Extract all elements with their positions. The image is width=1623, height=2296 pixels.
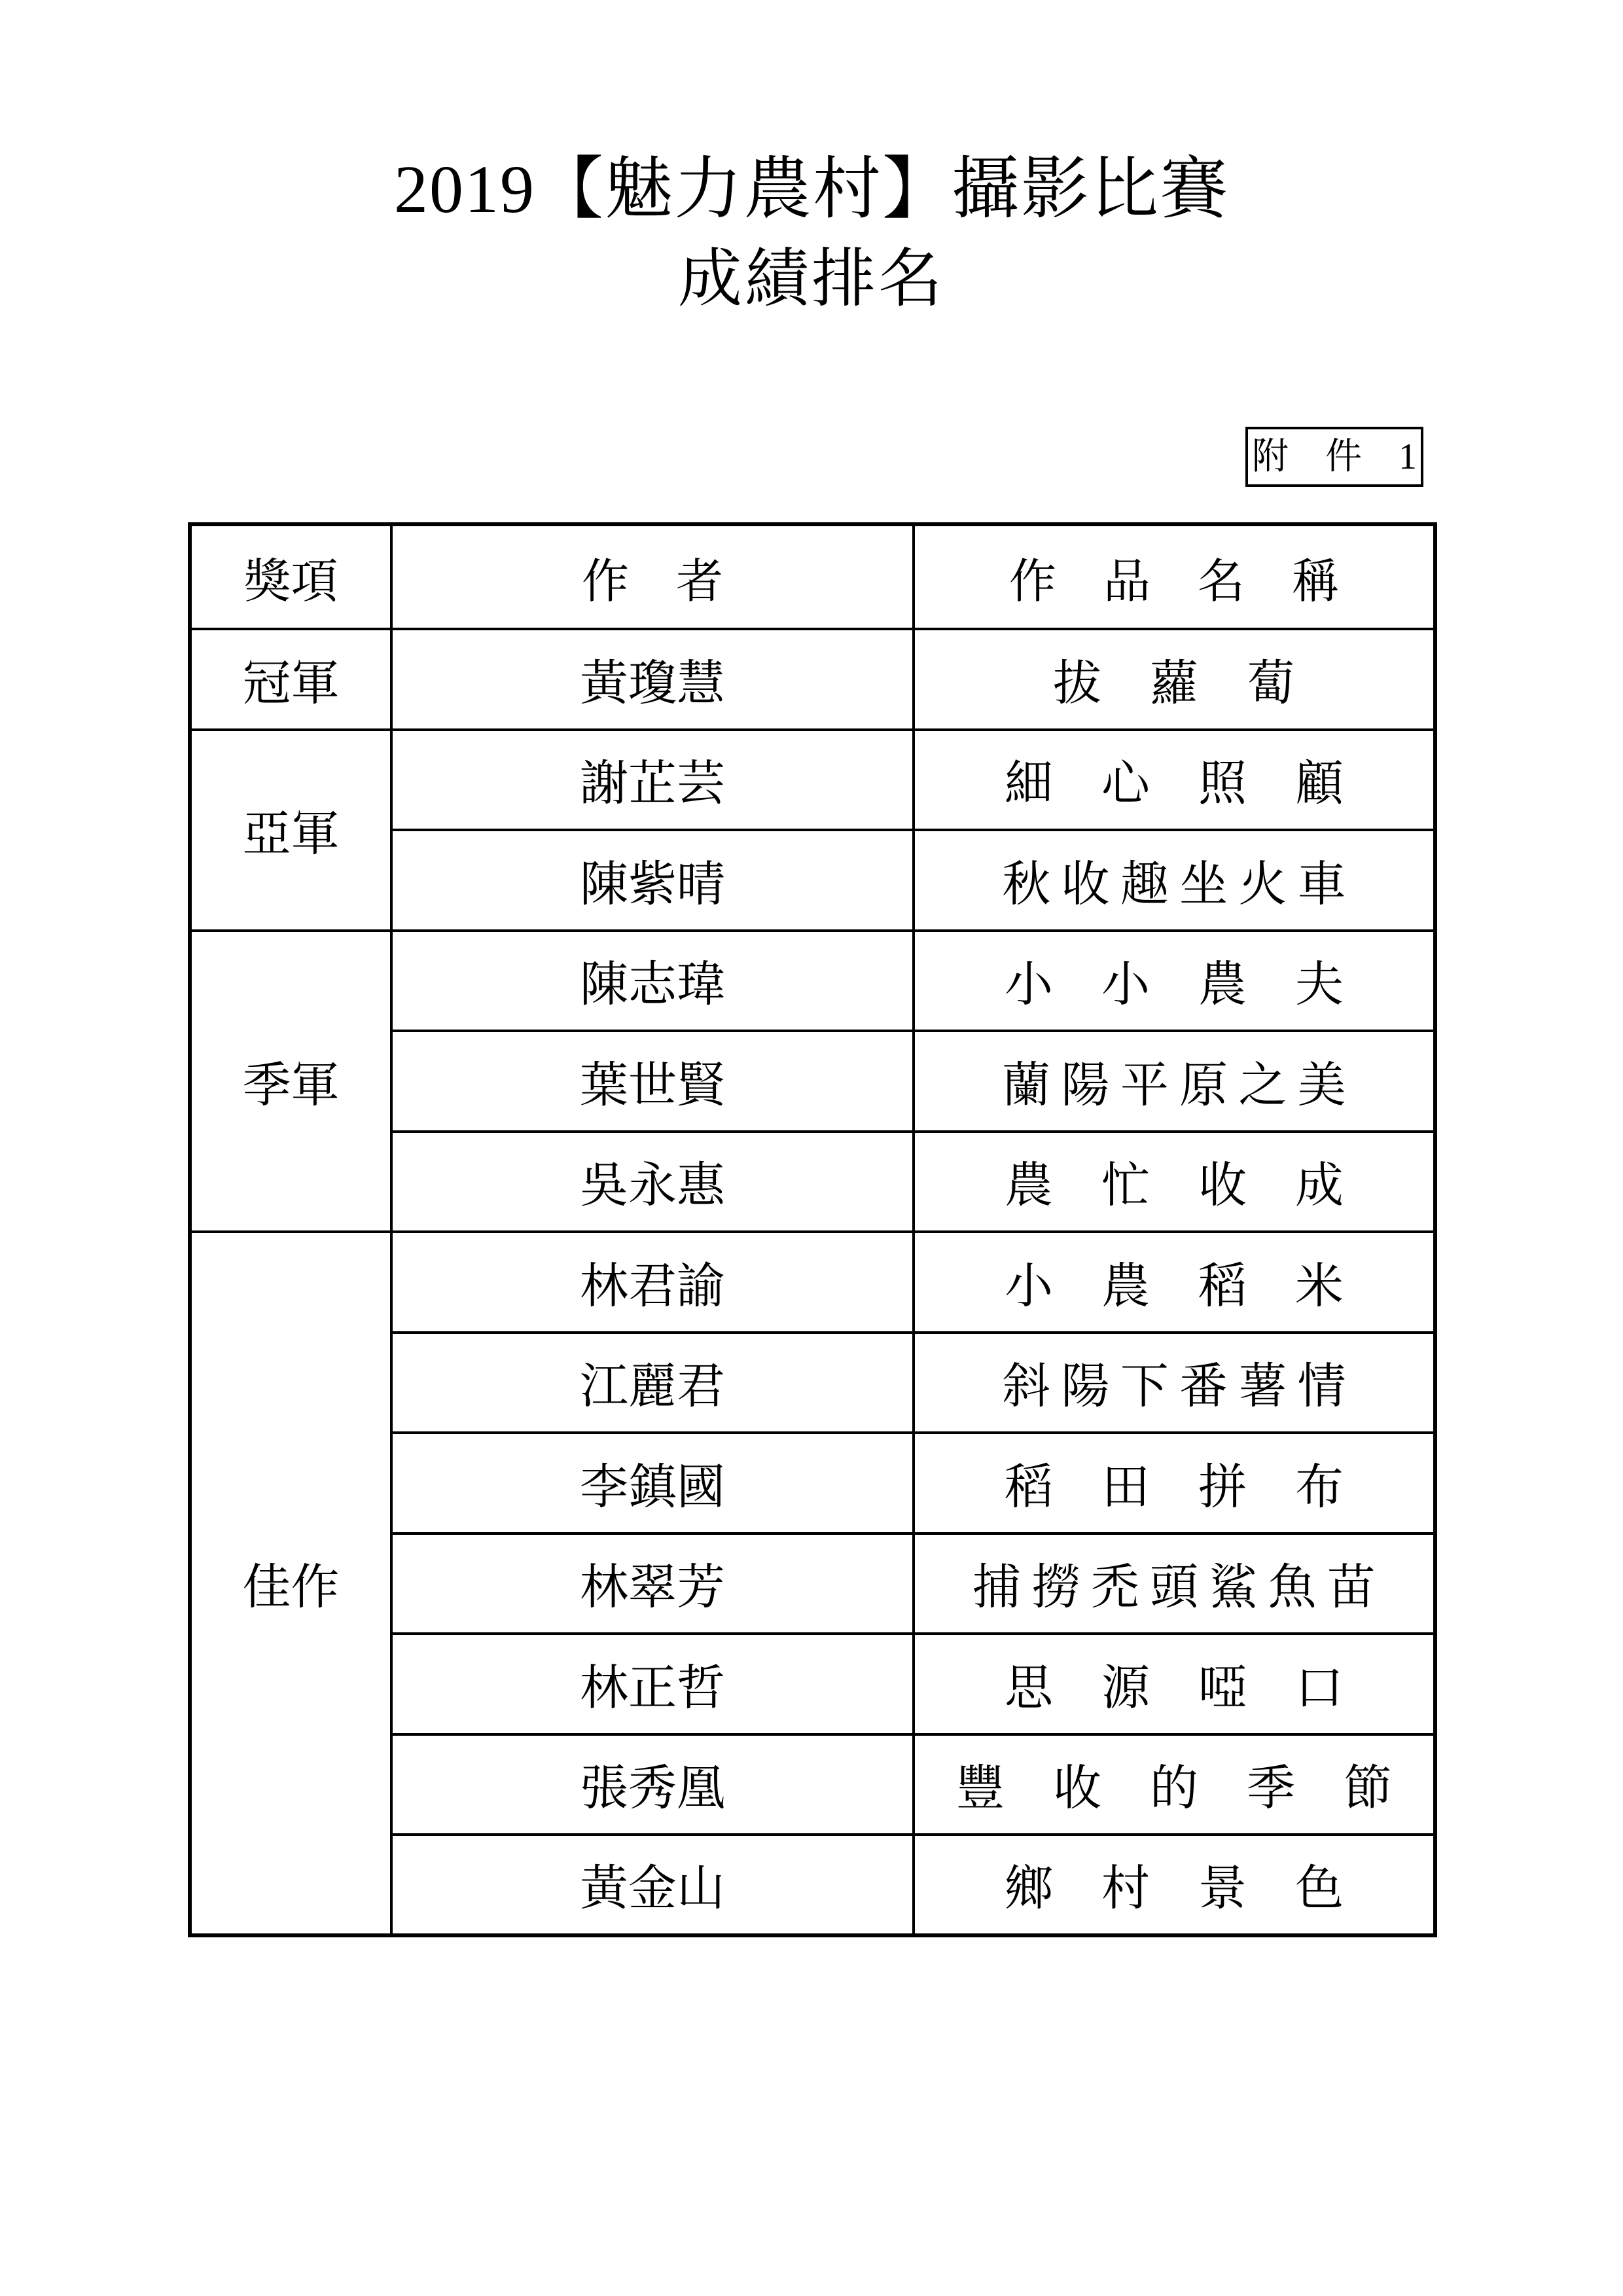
work-title-cell: 小 農 稻 米 xyxy=(914,1232,1435,1333)
award-cell: 冠軍 xyxy=(190,629,391,730)
award-cell: 佳作 xyxy=(190,1232,391,1935)
work-title-cell: 豐 收 的 季 節 xyxy=(914,1734,1435,1835)
work-title-cell: 蘭陽平原之美 xyxy=(914,1031,1435,1132)
work-title-cell: 秋收趣坐火車 xyxy=(914,830,1435,931)
author-cell: 葉世賢 xyxy=(391,1031,914,1132)
work-title-cell: 稻 田 拼 布 xyxy=(914,1433,1435,1534)
author-cell: 黃瓊慧 xyxy=(391,629,914,730)
author-cell: 陳志瑋 xyxy=(391,931,914,1031)
results-table-body: 冠軍黃瓊慧拔 蘿 蔔亞軍謝芷芸細 心 照 顧陳紫晴秋收趣坐火車季軍陳志瑋小 小 … xyxy=(190,629,1435,1935)
results-table: 獎項 作 者 作 品 名 稱 冠軍黃瓊慧拔 蘿 蔔亞軍謝芷芸細 心 照 顧陳紫晴… xyxy=(188,522,1437,1937)
work-title-cell: 細 心 照 顧 xyxy=(914,730,1435,831)
author-cell: 林翠芳 xyxy=(391,1534,914,1634)
work-title-cell: 鄉 村 景 色 xyxy=(914,1835,1435,1935)
work-title-cell: 農 忙 收 成 xyxy=(914,1132,1435,1232)
work-title-cell: 斜陽下番薯情 xyxy=(914,1333,1435,1433)
work-title-cell: 思 源 啞 口 xyxy=(914,1634,1435,1734)
author-cell: 黃金山 xyxy=(391,1835,914,1935)
table-row: 亞軍謝芷芸細 心 照 顧 xyxy=(190,730,1435,831)
award-cell: 亞軍 xyxy=(190,730,391,931)
table-row: 佳作林君諭小 農 稻 米 xyxy=(190,1232,1435,1333)
work-title-cell: 捕撈禿頭鯊魚苗 xyxy=(914,1534,1435,1634)
author-cell: 吳永惠 xyxy=(391,1132,914,1232)
header-award: 獎項 xyxy=(190,524,391,629)
header-author: 作 者 xyxy=(391,524,914,629)
page-title: 2019【魅力農村】攝影比賽 xyxy=(0,152,1623,228)
work-title-cell: 小 小 農 夫 xyxy=(914,931,1435,1031)
author-cell: 林君諭 xyxy=(391,1232,914,1333)
author-cell: 江麗君 xyxy=(391,1333,914,1433)
author-cell: 李鎮國 xyxy=(391,1433,914,1534)
table-header-row: 獎項 作 者 作 品 名 稱 xyxy=(190,524,1435,629)
attachment-label: 附 件 1 xyxy=(1245,427,1423,487)
header-work-title: 作 品 名 稱 xyxy=(914,524,1435,629)
author-cell: 張秀凰 xyxy=(391,1734,914,1835)
work-title-cell: 拔 蘿 蔔 xyxy=(914,629,1435,730)
document-page: 2019【魅力農村】攝影比賽 成績排名 附 件 1 獎項 作 者 作 品 名 稱… xyxy=(0,0,1623,2296)
table-row: 季軍陳志瑋小 小 農 夫 xyxy=(190,931,1435,1031)
author-cell: 謝芷芸 xyxy=(391,730,914,831)
table-row: 冠軍黃瓊慧拔 蘿 蔔 xyxy=(190,629,1435,730)
author-cell: 陳紫晴 xyxy=(391,830,914,931)
page-subtitle: 成績排名 xyxy=(0,243,1623,315)
author-cell: 林正哲 xyxy=(391,1634,914,1734)
award-cell: 季軍 xyxy=(190,931,391,1232)
